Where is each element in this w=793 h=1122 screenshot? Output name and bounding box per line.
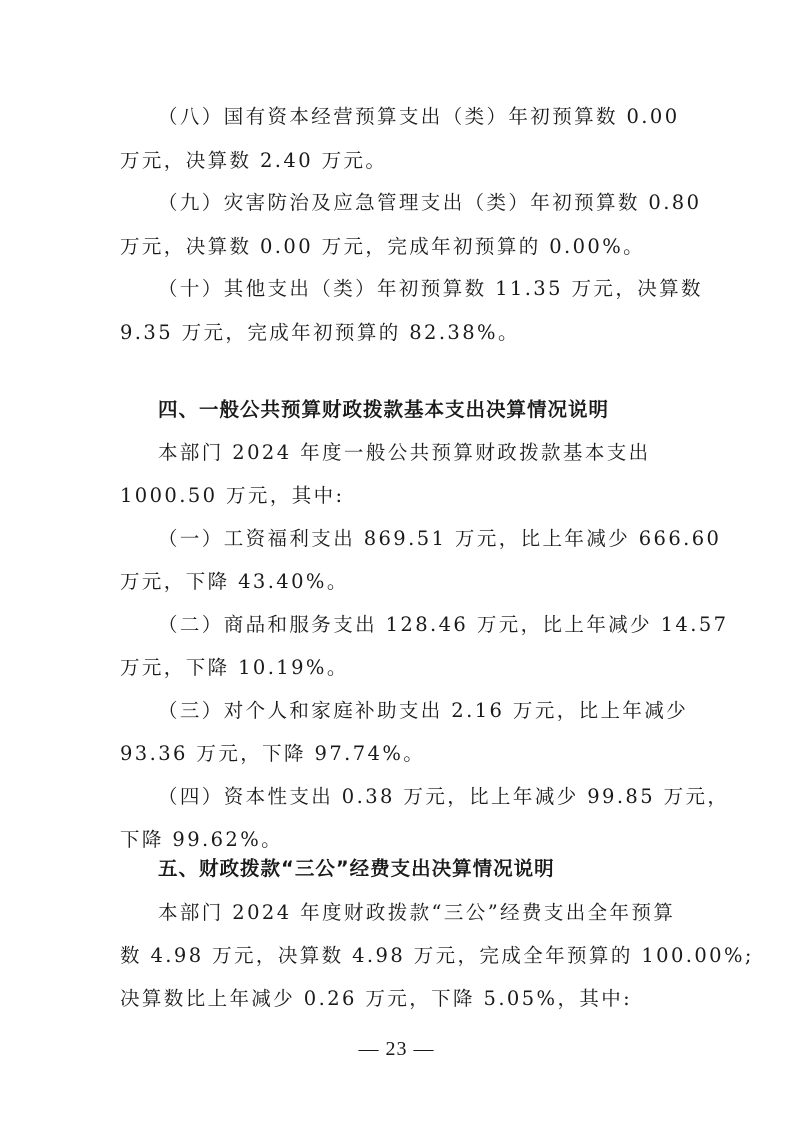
expense-item-3-line-2: 93.36 万元，下降 97.74%。 xyxy=(120,742,425,766)
expense-item-2-line-2: 万元，下降 10.19%。 xyxy=(120,656,349,680)
section-4-heading: 四、一般公共预算财政拨款基本支出决算情况说明 xyxy=(158,398,609,422)
budget-item-9-line-2: 万元，决算数 0.00 万元，完成年初预算的 0.00%。 xyxy=(120,235,645,259)
budget-item-8-line-1: （八）国有资本经营预算支出（类）年初预算数 0.00 xyxy=(158,105,680,129)
expense-item-4-line-2: 下降 99.62%。 xyxy=(120,828,283,852)
expense-item-4-line-1: （四）资本性支出 0.38 万元，比上年减少 99.85 万元， xyxy=(158,785,729,809)
section-4-intro-line-2: 1000.50 万元，其中: xyxy=(120,484,345,508)
expense-item-1-line-2: 万元，下降 43.40%。 xyxy=(120,570,349,594)
budget-item-10-line-2: 9.35 万元，完成年初预算的 82.38%。 xyxy=(120,321,520,345)
budget-item-8-line-2: 万元，决算数 2.40 万元。 xyxy=(120,149,387,173)
section-5-body-line-2: 数 4.98 万元，决算数 4.98 万元，完成全年预算的 100.00%; xyxy=(120,944,754,968)
budget-item-9-line-1: （九）灾害防治及应急管理支出（类）年初预算数 0.80 xyxy=(158,191,701,215)
section-5-heading: 五、财政拨款“三公”经费支出决算情况说明 xyxy=(158,857,555,881)
section-5-body-line-3: 决算数比上年减少 0.26 万元，下降 5.05%，其中: xyxy=(120,987,632,1011)
budget-item-10-line-1: （十）其他支出（类）年初预算数 11.35 万元，决算数 xyxy=(158,277,703,301)
expense-item-1-line-1: （一）工资福利支出 869.51 万元，比上年减少 666.60 xyxy=(158,527,721,551)
page-number: — 23 — xyxy=(0,1038,793,1061)
section-5-body-line-1: 本部门 2024 年度财政拨款“三公”经费支出全年预算 xyxy=(158,901,675,925)
document-page: （八）国有资本经营预算支出（类）年初预算数 0.00 万元，决算数 2.40 万… xyxy=(0,0,793,1122)
expense-item-3-line-1: （三）对个人和家庭补助支出 2.16 万元，比上年减少 xyxy=(158,699,688,723)
expense-item-2-line-1: （二）商品和服务支出 128.46 万元，比上年减少 14.57 xyxy=(158,613,728,637)
section-4-intro-line-1: 本部门 2024 年度一般公共预算财政拨款基本支出 xyxy=(158,441,651,465)
